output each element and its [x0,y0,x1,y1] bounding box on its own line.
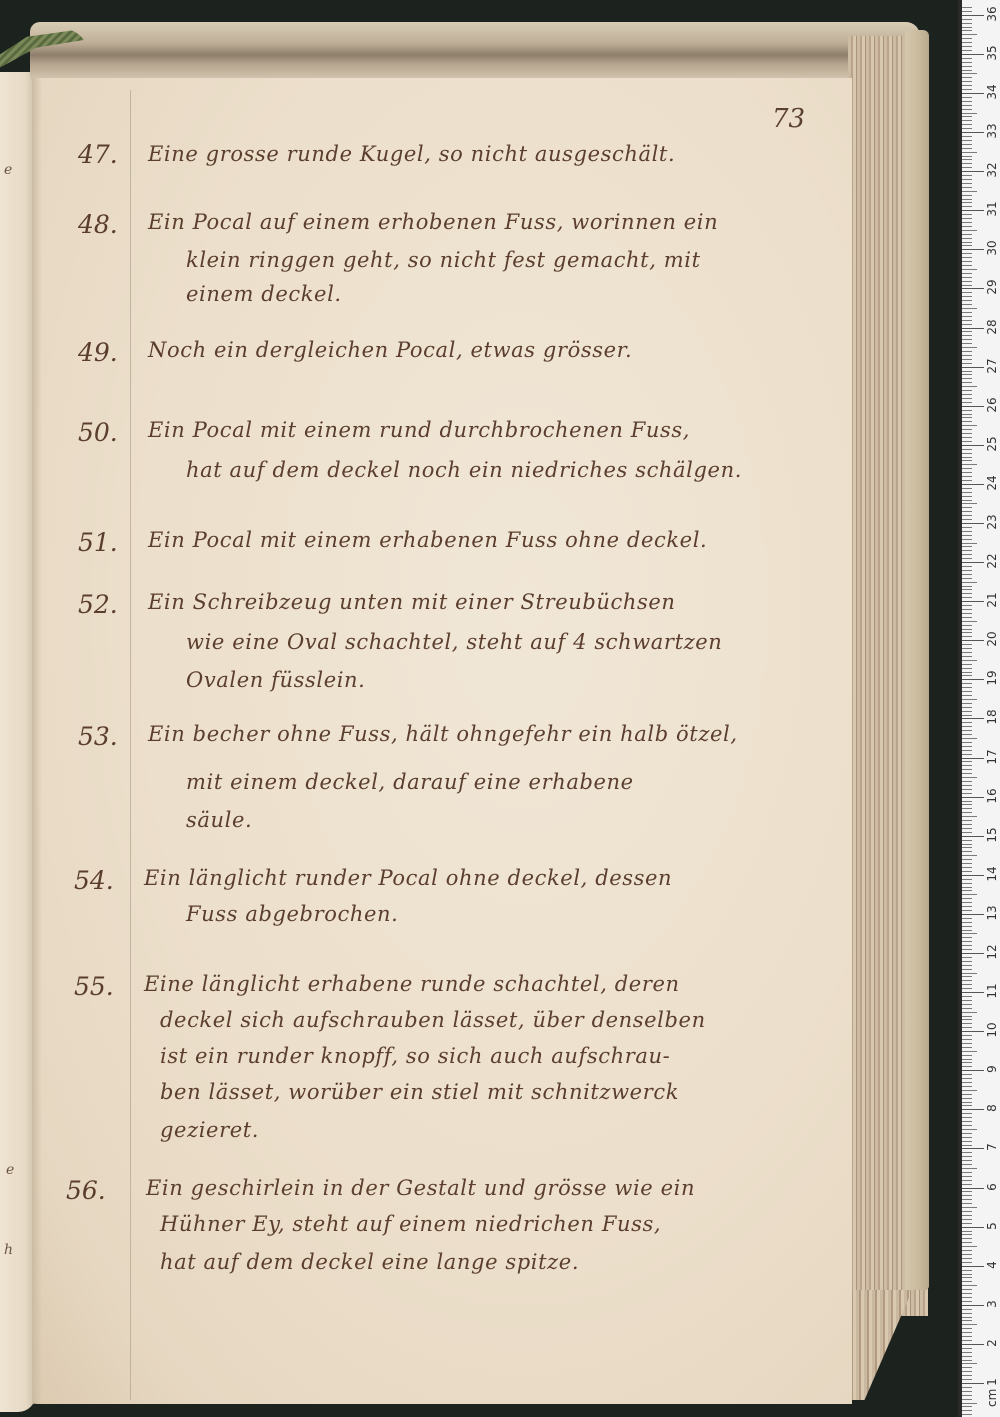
ruler-tick [962,1055,972,1056]
ruler-tick [962,339,972,340]
entry-line: Eine grosse runde Kugel, so nicht ausges… [148,142,675,166]
ruler-tick [962,85,972,86]
ruler-tick [962,398,972,399]
ruler-tick [962,1250,972,1251]
ruler-tick [962,128,972,129]
ruler-tick [962,1109,984,1110]
ruler-tick [962,1074,972,1075]
ruler-tick [962,675,972,676]
ruler-tick [962,976,972,977]
ruler-tick [962,425,977,426]
ruler-tick [962,711,972,712]
ruler-tick [962,636,972,637]
ruler-tick [962,1215,972,1216]
ruler-tick [962,23,972,24]
ruler-tick [962,101,972,102]
ruler-tick [962,1274,972,1275]
ruler-tick [962,754,972,755]
ruler-tick [962,1164,972,1165]
ruler-label: 12 [985,944,999,960]
entry-number: 53. [78,722,118,751]
ruler-tick [962,801,972,802]
ruler-tick [962,195,972,196]
ruler-tick [962,820,972,821]
ruler-tick [962,38,972,39]
ruler-tick [962,847,972,848]
ruler-tick [962,527,972,528]
ruler-tick [962,445,984,446]
ruler-tick [962,328,984,329]
ruler-tick [962,519,972,520]
ruler-tick [962,988,972,989]
ruler-tick [962,926,972,927]
ruler-label: 19 [985,670,999,686]
ruler-tick [962,562,984,563]
ruler-tick [962,421,972,422]
ruler-tick [962,867,972,868]
ruler-tick [962,980,972,981]
ruler-tick [962,1336,972,1337]
ruler-tick [962,476,972,477]
ruler-tick [962,42,972,43]
ruler-label: 35 [985,45,999,61]
entry-line: hat auf dem deckel eine lange spitze. [160,1250,579,1274]
entry-line: Fuss abgebrochen. [186,902,398,926]
ruler-tick [962,668,972,669]
ruler-tick [962,187,972,188]
ruler-tick [962,531,972,532]
ruler-tick [962,722,972,723]
ruler-tick [962,1332,972,1333]
ruler-tick [962,394,972,395]
ruler-tick [962,1105,972,1106]
ruler-tick [962,851,972,852]
entry-line: einem deckel. [186,282,342,306]
ruler-tick [962,488,972,489]
ruler-tick [962,202,972,203]
ruler-tick [962,1078,972,1079]
ruler-tick [962,472,972,473]
entry-line: ist ein runder knopff, so sich auch aufs… [160,1044,670,1068]
ruler-tick [962,1195,972,1196]
ruler-tick [962,1313,972,1314]
entry-line: Ovalen füsslein. [186,668,365,692]
page-gutter [32,78,42,1404]
ruler-tick [962,132,984,133]
ruler-tick [962,105,972,106]
ruler-tick [962,1082,972,1083]
left-fragment: e [6,1162,14,1178]
entry-line: hat auf dem deckel noch ein niedriches s… [186,458,742,482]
ruler-tick [962,214,972,215]
ruler-tick [962,273,972,274]
ruler-tick [962,288,984,289]
ruler-tick [962,1059,972,1060]
ruler-tick [962,1320,972,1321]
ruler-tick [962,1289,972,1290]
ruler-tick [962,695,972,696]
ruler-tick [962,593,972,594]
ruler-tick [962,136,972,137]
entry-line: Ein becher ohne Fuss, hält ohngefehr ein… [148,722,738,746]
ruler-tick [962,89,972,90]
ruler-tick [962,961,972,962]
ruler-tick [962,1035,972,1036]
ruler-tick [962,1113,972,1114]
ruler-tick [962,335,972,336]
ruler-tick [962,1367,972,1368]
ruler-tick [962,855,977,856]
ruler-label: 32 [985,162,999,178]
ruler-tick [962,97,972,98]
ruler-edge [958,0,962,1417]
ruler-tick [962,199,972,200]
ruler-tick [962,546,972,547]
ruler-tick [962,312,972,313]
ruler-tick [962,836,984,837]
ruler-tick [962,1039,972,1040]
ruler-tick [962,304,972,305]
ruler-tick [962,539,972,540]
ruler-tick [962,1360,972,1361]
ruler-tick [962,699,977,700]
ruler-tick [962,1188,984,1189]
ruler-label: 36 [985,6,999,22]
ruler-tick [962,1281,972,1282]
ruler-tick [962,1242,972,1243]
ruler-tick [962,617,972,618]
ruler-tick [962,1043,972,1044]
ruler-tick [962,1410,972,1411]
ruler-tick [962,1062,972,1063]
entry-line: wie eine Oval schachtel, steht auf 4 sch… [186,630,722,654]
ruler-tick [962,1129,977,1130]
ruler-tick [962,159,972,160]
ruler-tick [962,503,977,504]
ruler-tick [962,1133,972,1134]
ruler-tick [962,1277,972,1278]
ruler-tick [962,898,972,899]
ruler-tick [962,1356,972,1357]
ruler-tick [962,621,977,622]
ruler-tick [962,875,984,876]
ruler-tick [962,859,972,860]
ruler-tick [962,1328,972,1329]
ruler-tick [962,1098,972,1099]
margin-rule [130,90,131,1400]
ruler-tick [962,1000,972,1001]
ruler-tick [962,1137,972,1138]
ruler-tick [962,320,972,321]
ruler-label: 30 [985,240,999,256]
ruler-tick [962,316,972,317]
ruler-tick [962,1297,972,1298]
ruler-label: 29 [985,279,999,295]
ruler-tick [962,660,977,661]
entry-line: gezieret. [160,1118,259,1142]
ruler-tick [962,1414,972,1415]
book-top-edge [30,22,920,82]
ruler-tick [962,453,972,454]
ruler-label: 22 [985,553,999,569]
ruler-tick [962,46,972,47]
ruler-tick [962,758,984,759]
ruler-tick [962,167,972,168]
ruler-tick [962,27,972,28]
ruler-tick [962,535,972,536]
ruler-tick [962,672,972,673]
ruler-tick [962,734,972,735]
ruler-tick [962,378,972,379]
ruler-label: 11 [985,983,999,999]
ruler-tick [962,66,972,67]
ruler-tick [962,726,972,727]
ruler-tick [962,363,972,364]
ruler-tick [962,996,972,997]
ruler-tick [962,1191,972,1192]
ruler-tick [962,81,972,82]
ruler-tick [962,34,977,35]
ruler-tick [962,707,972,708]
ruler-tick [962,1246,977,1247]
ruler-tick [962,656,972,657]
ruler-label: 25 [985,436,999,452]
ruler-tick [962,183,972,184]
ruler-unit-label: cm [985,1391,999,1407]
ruler-tick [962,808,972,809]
ruler-tick [962,1070,984,1071]
ruler-tick [962,1180,972,1181]
ruler-tick [962,1219,972,1220]
ruler-tick [962,460,972,461]
ruler-tick [962,1012,977,1013]
ruler-tick [962,1152,972,1153]
ruler-tick [962,761,972,762]
ruler-tick [962,1227,984,1228]
ruler-tick [962,781,972,782]
ruler-tick [962,1293,972,1294]
ruler-label: 13 [985,905,999,921]
ruler-tick [962,1348,972,1349]
left-facing-page: e e h [0,72,36,1412]
ruler-tick [962,894,977,895]
ruler-tick [962,1258,972,1259]
ruler-tick [962,1262,972,1263]
ruler-label: 16 [985,788,999,804]
ruler-tick [962,1211,972,1212]
ruler-tick [962,492,972,493]
ruler-tick [962,652,972,653]
ruler-tick [962,1016,972,1017]
ruler-tick [962,644,972,645]
ruler-tick [962,1305,984,1306]
ruler-tick [962,605,972,606]
ruler-tick [962,1403,977,1404]
ruler-label: 23 [985,514,999,530]
ruler-tick [962,30,972,31]
ruler-tick [962,844,972,845]
ruler-tick [962,109,972,110]
ruler-tick [962,730,972,731]
ruler-tick [962,1223,972,1224]
ruler-tick [962,1176,972,1177]
ruler-tick [962,1117,972,1118]
ruler-tick [962,589,972,590]
ruler-tick [962,1309,972,1310]
ruler-tick [962,292,972,293]
ruler-tick [962,746,972,747]
ruler-tick [962,765,972,766]
ruler-tick [962,449,972,450]
ruler-tick [962,1363,977,1364]
ruler-tick [962,1387,972,1388]
ruler-tick [962,550,972,551]
entry-line: Ein geschirlein in der Gestalt und gröss… [146,1176,695,1200]
ruler-label: 7 [985,1139,999,1155]
ruler-tick [962,992,984,993]
ruler-tick [962,242,972,243]
ruler-tick [962,140,972,141]
ruler-tick [962,1094,972,1095]
ruler-tick [962,1121,972,1122]
entry-line: klein ringgen geht, so nicht fest gemach… [186,248,701,272]
ruler-tick [962,1383,984,1384]
ruler-label: 17 [985,749,999,765]
entry-number: 51. [78,528,118,557]
ruler-tick [962,1023,972,1024]
ruler-tick [962,625,972,626]
ruler-tick [962,410,972,411]
ruler-tick [962,785,972,786]
entry-number: 47. [78,140,118,169]
ruler-tick [962,464,977,465]
ruler-tick [962,930,972,931]
ruler-tick [962,54,984,55]
ruler-label: 34 [985,84,999,100]
ruler-label: 2 [985,1335,999,1351]
ruler-tick [962,871,972,872]
ruler-tick [962,285,972,286]
cm-ruler: cm 1234567891011121314151617181920212223… [958,0,1000,1417]
ruler-tick [962,1391,972,1392]
ruler-tick [962,1051,977,1052]
ruler-tick [962,1231,972,1232]
entry-line: Eine länglicht erhabene runde schachtel,… [144,972,680,996]
ruler-tick [962,1027,972,1028]
ruler-tick [962,1301,972,1302]
ruler-label: 18 [985,709,999,725]
ruler-tick [962,191,977,192]
ruler-label: 26 [985,397,999,413]
ruler-tick [962,230,977,231]
ruler-tick [962,601,984,602]
entry-line: Hühner Ey, steht auf einem niedrichen Fu… [160,1212,661,1236]
entry-number: 48. [78,210,118,239]
ruler-tick [962,738,977,739]
ruler-tick [962,156,972,157]
ruler-label: 31 [985,201,999,217]
ruler-tick [962,1019,972,1020]
ruler-tick [962,773,972,774]
ruler-tick [962,347,977,348]
ruler-tick [962,1270,972,1271]
ruler-tick [962,62,972,63]
ruler-tick [962,144,972,145]
ruler-tick [962,1375,972,1376]
ruler-tick [962,206,972,207]
ruler-tick [962,1399,972,1400]
ruler-tick [962,1234,972,1235]
ruler-tick [962,957,972,958]
ruler-tick [962,1379,972,1380]
ruler-tick [962,922,972,923]
left-fragment: e [4,162,12,178]
ruler-tick [962,812,972,813]
ruler-tick [962,402,972,403]
ruler-tick [962,933,977,934]
ruler-tick [962,613,972,614]
ruler-tick [962,883,972,884]
ruler-tick [962,1102,972,1103]
ruler-tick [962,1160,972,1161]
ruler-tick [962,554,972,555]
entry-line: Ein Pocal auf einem erhobenen Fuss, wori… [148,210,718,234]
ruler-tick [962,804,972,805]
ruler-tick [962,343,972,344]
ruler-tick [962,1203,972,1204]
ruler-tick [962,386,977,387]
ruler-tick [962,543,977,544]
ruler-tick [962,1172,972,1173]
ruler-tick [962,1207,977,1208]
entry-line: ben lässet, worüber ein stiel mit schnit… [160,1080,679,1104]
ruler-tick [962,496,972,497]
ruler-tick [962,965,972,966]
ruler-tick [962,238,972,239]
ruler-tick [962,296,972,297]
ruler-tick [962,226,972,227]
entry-number: 54. [74,866,114,895]
ruler-tick [962,382,972,383]
ruler-label: 1 [985,1374,999,1390]
ruler-tick [962,1371,972,1372]
ruler-tick [962,609,972,610]
ruler-tick [962,1090,977,1091]
ruler-tick [962,171,984,172]
ruler-tick [962,7,972,8]
ruler-label: 28 [985,319,999,335]
ruler-tick [962,1324,977,1325]
ruler-tick [962,769,972,770]
ruler-tick [962,586,972,587]
ruler-tick [962,355,972,356]
ruler-tick [962,918,972,919]
ruler-tick [962,742,972,743]
ruler-tick [962,1238,972,1239]
ruler-tick [962,277,972,278]
entry-line: Ein Pocal mit einem erhabenen Fuss ohne … [148,528,707,552]
ruler-tick [962,718,984,719]
ruler-tick [962,574,972,575]
ruler-tick [962,359,972,360]
ruler-label: 14 [985,866,999,882]
ruler-tick [962,210,984,211]
ruler-tick [962,457,972,458]
ruler-tick [962,175,972,176]
ruler-tick [962,691,972,692]
ruler-tick [962,116,972,117]
ruler-tick [962,253,972,254]
